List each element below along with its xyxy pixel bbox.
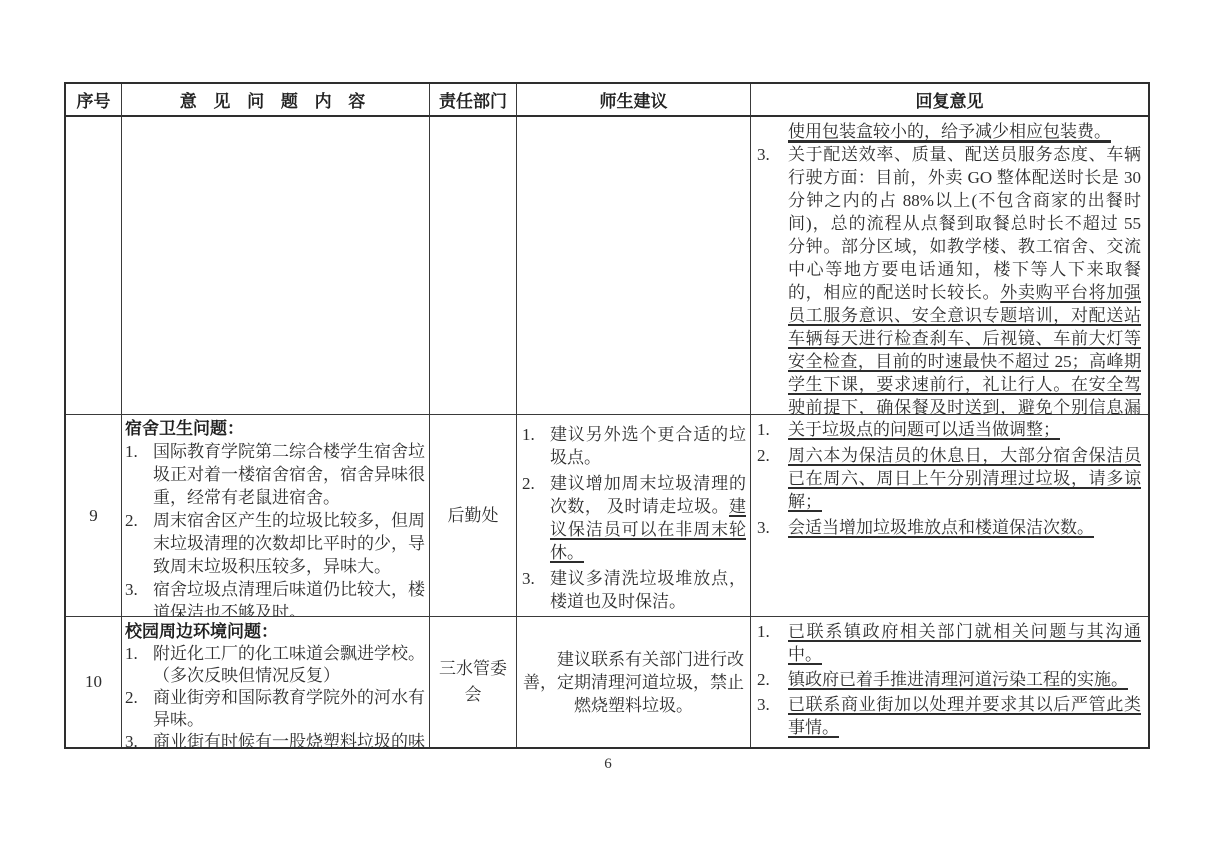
reply-list-item: 1. 已联系镇政府相关部门就相关问题与其沟通中。 (757, 620, 1141, 666)
reply-item-underlined-text: 关于垃圾点的问题可以适当做调整； (788, 420, 1060, 439)
header-cell-suggestion: 师生建议 (517, 84, 751, 117)
rowprev-reply-cell: 使用包装盒较小的，给予减少相应包装费。 3. 关于配送效率、质量、配送员服务态度… (751, 117, 1148, 415)
feedback-table: 序号 意 见 问 题 内 容 责任部门 师生建议 回复意见 使用包装盒较小的，给… (64, 82, 1150, 749)
rowprev-content-cell (122, 117, 430, 415)
list-number: 1. (757, 620, 788, 643)
content-list-item: 2. 商业街旁和国际教育学院外的河水有异味。 (125, 687, 425, 731)
suggestion-list-item: 1. 建议另外选个更合适的垃圾点。 (522, 423, 746, 469)
reply-list-item: 3. 已联系商业街加以处理并要求其以后严管此类事情。 (757, 693, 1141, 739)
rowprev-dept-cell (430, 117, 517, 415)
content-list-item: 2. 周末宿舍区产生的垃圾比较多，但周末垃圾清理的次数却比平时的少，导致周末垃圾… (125, 509, 425, 578)
reply-list-item: 1. 关于垃圾点的问题可以适当做调整； (757, 418, 1141, 441)
suggestion-paragraph: 建议联系有关部门进行改善，定期清理河道垃圾，禁止燃烧塑料垃圾。 (523, 648, 744, 717)
content-item-text: 周末宿舍区产生的垃圾比较多，但周末垃圾清理的次数却比平时的少，导致周末垃圾积压较… (153, 509, 425, 578)
list-number: 3. (757, 143, 788, 166)
suggestion-list-item: 2. 建议增加周末垃圾清理的次数， 及时请走垃圾。建议保洁员可以在非周末轮休。 (522, 472, 746, 564)
row9-seq-cell: 9 (66, 415, 122, 617)
row10-suggestion-cell: 建议联系有关部门进行改善，定期清理河道垃圾，禁止燃烧塑料垃圾。 (517, 617, 751, 747)
reply-carry-line: 使用包装盒较小的，给予减少相应包装费。 (788, 120, 1141, 143)
list-number: 1. (125, 643, 153, 665)
row9-reply-cell: 1. 关于垃圾点的问题可以适当做调整； 2. 周六本为保洁员的休息日，大部分宿舍… (751, 415, 1148, 617)
content-item-text: 附近化工厂的化工味道会飘进学校。（多次反映但情况反复） (153, 643, 425, 687)
reply-item-underlined-text: 已联系商业街加以处理并要求其以后严管此类事情。 (788, 695, 1141, 737)
row10-seq-cell: 10 (66, 617, 122, 747)
list-number: 1. (757, 418, 788, 441)
header-cell-reply: 回复意见 (751, 84, 1148, 117)
list-number: 3. (522, 567, 550, 590)
reply-item-underlined-text: 已联系镇政府相关部门就相关问题与其沟通中。 (788, 622, 1141, 664)
content-list-item: 3. 商业街有时候有一股烧塑料垃圾的味 (125, 731, 425, 747)
content-item-text: 国际教育学院第二综合楼学生宿舍垃圾正对着一楼宿舍宿舍，宿舍异味很重，经常有老鼠进… (153, 440, 425, 509)
list-number: 2. (125, 509, 153, 532)
row9-suggestion-cell: 1. 建议另外选个更合适的垃圾点。 2. 建议增加周末垃圾清理的次数， 及时请走… (517, 415, 751, 617)
list-number: 1. (522, 423, 550, 446)
suggestion-item-text: 建议增加周末垃圾清理的次数， 及时请走垃圾。 (550, 474, 746, 516)
row10-reply-cell: 1. 已联系镇政府相关部门就相关问题与其沟通中。 2. 镇政府已着手推进清理河道… (751, 617, 1148, 747)
reply-item-text: 关于配送效率、质量、配送员服务态度、车辆行驶方面：目前，外卖 GO 整体配送时长… (788, 145, 1141, 302)
row9-content-cell: 宿舍卫生问题： 1. 国际教育学院第二综合楼学生宿舍垃圾正对着一楼宿舍宿舍，宿舍… (122, 415, 430, 617)
header-cell-seq: 序号 (66, 84, 122, 117)
reply-item-underlined-text: 镇政府已着手推进清理河道污染工程的实施。 (788, 670, 1128, 689)
row9-dept-cell: 后勤处 (430, 415, 517, 617)
reply-carry-underlined-text: 使用包装盒较小的，给予减少相应包装费。 (788, 122, 1111, 141)
reply-item-underlined-text: 会适当增加垃圾堆放点和楼道保洁次数。 (788, 518, 1094, 537)
content-list-item: 1. 附近化工厂的化工味道会飘进学校。（多次反映但情况反复） (125, 643, 425, 687)
list-number: 1. (125, 440, 153, 463)
list-number: 2. (757, 444, 788, 467)
reply-item-underlined-text: 周六本为保洁员的休息日，大部分宿舍保洁员已在周六、周日上午分别清理过垃圾，请多谅… (788, 446, 1141, 511)
suggestion-item-text: 建议另外选个更合适的垃圾点。 (550, 425, 746, 467)
list-number: 3. (125, 578, 153, 601)
suggestion-item-text: 建议多清洗垃圾堆放点，楼道也及时保洁。 (550, 569, 746, 611)
content-item-text: 宿舍垃圾点清理后味道仍比较大，楼道保洁也不够及时。 (153, 578, 425, 617)
reply-list-item: 3. 关于配送效率、质量、配送员服务态度、车辆行驶方面：目前，外卖 GO 整体配… (757, 143, 1141, 415)
reply-list-item: 3. 会适当增加垃圾堆放点和楼道保洁次数。 (757, 516, 1141, 539)
row9-content-title: 宿舍卫生问题： (125, 417, 425, 440)
reply-list-item: 2. 周六本为保洁员的休息日，大部分宿舍保洁员已在周六、周日上午分别清理过垃圾，… (757, 444, 1141, 513)
list-number: 2. (757, 668, 788, 691)
list-number: 3. (125, 731, 153, 747)
content-item-text: 商业街有时候有一股烧塑料垃圾的味 (153, 731, 425, 747)
content-list-item: 1. 国际教育学院第二综合楼学生宿舍垃圾正对着一楼宿舍宿舍，宿舍异味很重，经常有… (125, 440, 425, 509)
row10-content-cell: 校园周边环境问题： 1. 附近化工厂的化工味道会飘进学校。（多次反映但情况反复）… (122, 617, 430, 747)
row10-dept-cell: 三水管委会 (430, 617, 517, 747)
header-cell-dept: 责任部门 (430, 84, 517, 117)
document-page: 序号 意 见 问 题 内 容 责任部门 师生建议 回复意见 使用包装盒较小的，给… (0, 0, 1216, 862)
list-number: 2. (125, 687, 153, 709)
rowprev-suggestion-cell (517, 117, 751, 415)
content-list-item: 3. 宿舍垃圾点清理后味道仍比较大，楼道保洁也不够及时。 (125, 578, 425, 617)
rowprev-seq-cell (66, 117, 122, 415)
list-number: 2. (522, 472, 550, 495)
reply-item-underlined-text: 外卖购平台将加强员工服务意识、安全意识专题培训，对配送站车辆每天进行检查刹车、后… (788, 283, 1141, 415)
list-number: 3. (757, 693, 788, 716)
page-number: 6 (0, 756, 1216, 773)
reply-list-item: 2. 镇政府已着手推进清理河道污染工程的实施。 (757, 668, 1141, 691)
header-cell-content: 意 见 问 题 内 容 (122, 84, 430, 117)
content-item-text: 商业街旁和国际教育学院外的河水有异味。 (153, 687, 425, 731)
suggestion-list-item: 3. 建议多清洗垃圾堆放点，楼道也及时保洁。 (522, 567, 746, 613)
list-number: 3. (757, 516, 788, 539)
row10-content-title: 校园周边环境问题： (125, 621, 425, 643)
